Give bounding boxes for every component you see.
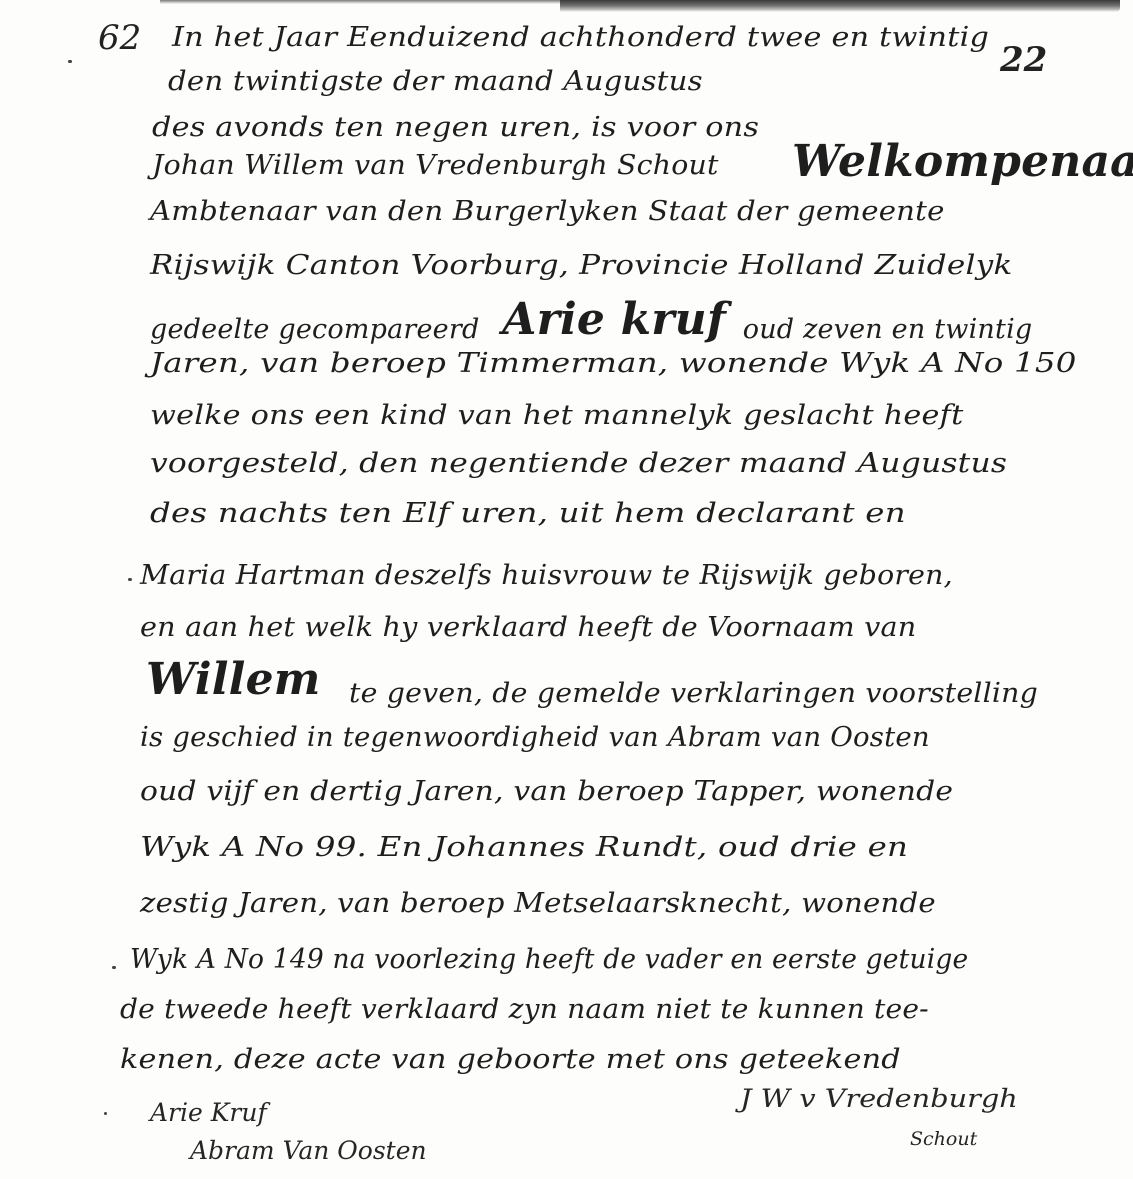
line-text: gedeelte gecompareerd [150,314,479,345]
line-text: In het Jaar Eenduizend achthonderd twee … [172,22,989,53]
signature-father: Arie Kruf [150,1098,267,1127]
record-line-8: Jaren, van beroep Timmerman, wonende Wyk… [150,348,1077,379]
line-text: Wyk A No 149 na voorlezing heeft de vade… [130,944,968,975]
record-line-7: gedeelte gecompareerd Arie kruf oud zeve… [150,298,1032,349]
line-text: oud vijf en dertig Jaren, van beroep Tap… [140,776,953,807]
line-text: Ambtenaar van den Burgerlyken Staat der … [150,196,945,227]
line-text: zestig Jaren, van beroep Metselaarsknech… [140,888,936,919]
record-line-12: Maria Hartman deszelfs huisvrouw te Rijs… [140,560,953,591]
entry-number: 62 [98,18,141,58]
cutoff-next-line: ​ [100,1166,600,1179]
record-line-20: de tweede heeft verklaard zyn naam niet … [120,994,929,1025]
line-text: des nachts ten Elf uren, uit hem declara… [150,498,906,529]
mayor-title-emphasis: Welkompenaar [792,136,1133,187]
signature-official: J W v Vredenburgh [740,1084,1018,1113]
line-text: de tweede heeft verklaard zyn naam niet … [120,994,929,1025]
record-line-4: Johan Willem van Vredenburgh Schout Welk… [152,150,692,181]
line-text: oud zeven en twintig [743,314,1033,345]
scan-edge-shadow [560,0,1120,12]
ink-speck [112,966,116,969]
line-text: Wyk A No 99. En Johannes Rundt, oud drie… [140,832,908,863]
record-line-9: welke ons een kind van het mannelyk gesl… [150,400,963,431]
record-line-5: Ambtenaar van den Burgerlyken Staat der … [150,196,945,227]
signature-witness: Abram Van Oosten [190,1136,427,1165]
record-line-3: des avonds ten negen uren, is voor ons [152,112,759,143]
line-text: des avonds ten negen uren, is voor ons [152,112,759,143]
record-line-21: kenen, deze acte van geboorte met ons ge… [120,1044,901,1075]
line-text: Jaren, van beroep Timmerman, wonende Wyk… [150,348,1077,379]
father-name-emphasis: Arie kruf [502,294,726,345]
line-text: den twintigste der maand Augustus [168,66,703,97]
record-line-18: zestig Jaren, van beroep Metselaarsknech… [140,888,936,919]
record-line-6: Rijswijk Canton Voorburg, Provincie Holl… [150,250,1013,281]
signature-official-title: Schout [910,1128,977,1150]
ink-speck [128,578,132,581]
record-line-14: Willem te geven, de gemelde verklaringen… [146,662,1006,713]
record-line-19: Wyk A No 149 na voorlezing heeft de vade… [130,944,968,975]
ink-speck [68,60,72,63]
line-text: Rijswijk Canton Voorburg, Provincie Holl… [150,250,1013,281]
document-page: 62 22 In het Jaar Eenduizend achthonderd… [0,0,1133,1179]
folio-number: 22 [1000,40,1047,80]
record-line-16: oud vijf en dertig Jaren, van beroep Tap… [140,776,953,807]
ink-speck [104,1112,107,1115]
line-text: te geven, de gemelde verklaringen voorst… [349,678,1038,709]
record-line-1: In het Jaar Eenduizend achthonderd twee … [172,22,989,53]
line-text: Johan Willem van Vredenburgh Schout [152,150,719,181]
record-line-17: Wyk A No 99. En Johannes Rundt, oud drie… [140,832,908,863]
record-line-11: des nachts ten Elf uren, uit hem declara… [150,498,906,529]
line-text: voorgesteld, den negentiende dezer maand… [150,448,1007,479]
line-text: en aan het welk hy verklaard heeft de Vo… [140,612,916,643]
record-line-15: is geschied in tegenwoordigheid van Abra… [140,722,930,753]
record-line-10: voorgesteld, den negentiende dezer maand… [150,448,1007,479]
line-text: kenen, deze acte van geboorte met ons ge… [120,1044,901,1075]
line-text: welke ons een kind van het mannelyk gesl… [150,400,963,431]
record-line-2: den twintigste der maand Augustus [168,66,703,97]
child-name-emphasis: Willem [146,654,321,705]
scan-edge-shadow-left [160,0,560,4]
line-text: Maria Hartman deszelfs huisvrouw te Rijs… [140,560,953,591]
line-text: is geschied in tegenwoordigheid van Abra… [140,722,930,753]
record-line-13: en aan het welk hy verklaard heeft de Vo… [140,612,916,643]
